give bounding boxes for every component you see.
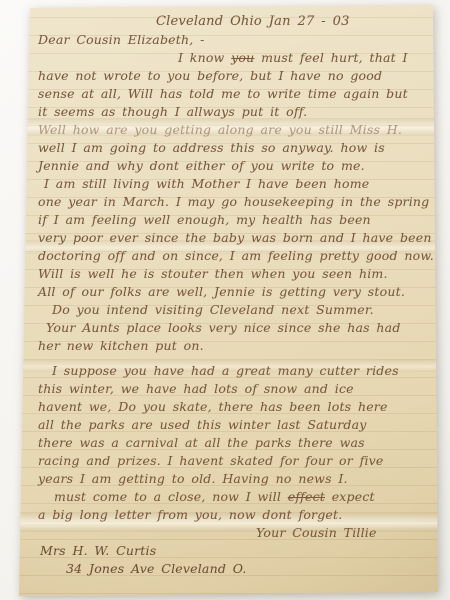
letter-line-body: doctoring off and on since, I am feeling…: [38, 247, 422, 265]
letter-line-body: it seems as though I allways put it off.: [38, 103, 422, 121]
letter-line-signature: Your Cousin Tillie: [38, 524, 422, 542]
letter-paper: Cleveland Ohio Jan 27 - 03Dear Cousin El…: [0, 0, 450, 600]
letter-line-body: Jennie and why dont either of you write …: [38, 157, 422, 175]
letter-line-date: Cleveland Ohio Jan 27 - 03: [38, 13, 422, 31]
letter-line-body: all the parks are used this winter last …: [38, 416, 422, 434]
letter-line-body: very poor ever since the baby was born a…: [38, 229, 422, 247]
letter-paper-shadow: Cleveland Ohio Jan 27 - 03Dear Cousin El…: [0, 0, 450, 600]
letter-body: Cleveland Ohio Jan 27 - 03Dear Cousin El…: [38, 13, 422, 578]
letter-line-body: Will is well he is stouter then when you…: [38, 265, 422, 283]
letter-line-body: well I am going to address this so anywa…: [38, 139, 422, 157]
letter-line-body: have not wrote to you before, but I have…: [38, 67, 422, 85]
letter-line-body: I suppose you have had a great many cutt…: [38, 362, 422, 380]
letter-line-body: Your Aunts place looks very nice since s…: [38, 319, 422, 337]
letter-line-address: 34 Jones Ave Cleveland O.: [38, 560, 422, 578]
letter-line-body: Do you intend visiting Cleveland next Su…: [38, 301, 422, 319]
letter-line-body: if I am feeling well enough, my health h…: [38, 211, 422, 229]
letter-line-body: I am still living with Mother I have bee…: [38, 175, 422, 193]
photo-backdrop: Cleveland Ohio Jan 27 - 03Dear Cousin El…: [0, 0, 450, 600]
letter-line-body: Well how are you getting along are you s…: [38, 121, 422, 139]
letter-line-body: I know you must feel hurt, that I: [38, 49, 422, 67]
letter-line-salutation: Dear Cousin Elizabeth, -: [38, 31, 422, 49]
letter-line-body: her new kitchen put on.: [38, 337, 422, 355]
letter-line-body: this winter, we have had lots of snow an…: [38, 380, 422, 398]
letter-line-body: years I am getting to old. Having no new…: [38, 470, 422, 488]
letter-line-body: havent we, Do you skate, there has been …: [38, 398, 422, 416]
letter-line-body: sense at all, Will has told me to write …: [38, 85, 422, 103]
letter-line-body: must come to a close, now I will effect …: [38, 488, 422, 506]
letter-line-body: there was a carnival at all the parks th…: [38, 434, 422, 452]
letter-line-body: a big long letter from you, now dont for…: [38, 506, 422, 524]
letter-line-body: racing and prizes. I havent skated for f…: [38, 452, 422, 470]
letter-line-body: one year in March. I may go housekeeping…: [38, 193, 422, 211]
letter-line-body: All of our folks are well, Jennie is get…: [38, 283, 422, 301]
letter-line-address: Mrs H. W. Curtis: [38, 542, 422, 560]
